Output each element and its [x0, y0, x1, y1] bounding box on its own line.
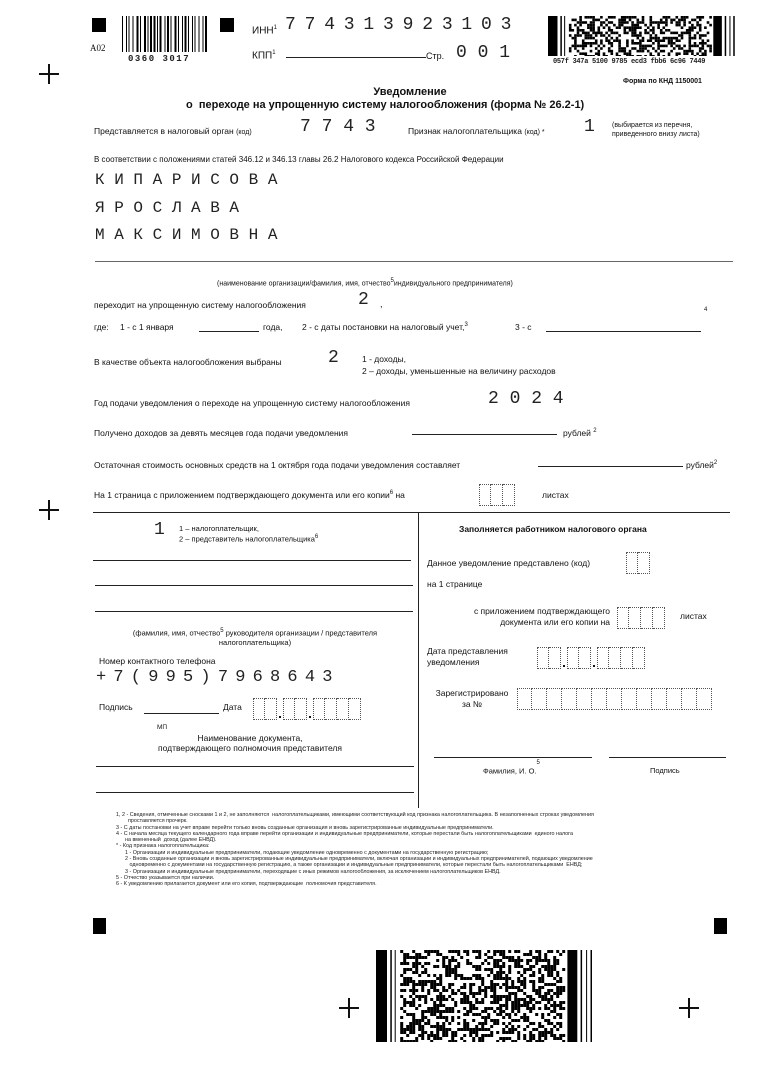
transition-label: переходит на упрощенную систему налогооб…	[94, 300, 306, 310]
taxpayer-sign-label: Признак налогоплательщика (код) *	[408, 126, 545, 136]
transition-sup-4: 4	[704, 307, 707, 313]
year-label: Год подачи уведомления о переходе на упр…	[94, 398, 410, 408]
transition-date-field[interactable]	[546, 331, 701, 332]
registration-cross-bottom-left	[339, 998, 359, 1018]
registration-cross-top-left	[39, 64, 59, 84]
anchor-square-top-mid	[220, 18, 234, 32]
barcode-number: 0360 3017	[128, 54, 190, 64]
tax-object-option-1: 1 - доходы,	[362, 354, 406, 364]
transition-option-2: 2 - с даты постановки на налоговый учет,…	[302, 322, 468, 332]
registration-cross-mid-left	[39, 500, 59, 520]
tax-office-pages-label: на 1 странице	[427, 579, 482, 589]
residual-field[interactable]	[538, 466, 683, 467]
phone-label: Номер контактного телефона	[99, 656, 216, 666]
transition-where-label: где:	[94, 322, 109, 332]
tax-object-value[interactable]: 2	[328, 348, 339, 368]
page-label: Стр.	[426, 51, 444, 61]
column-divider	[418, 512, 419, 808]
inn-label: ИНН1	[252, 25, 277, 36]
attachments-sheets-cells[interactable]	[479, 484, 515, 506]
year-value[interactable]: 2 0 2 4	[488, 389, 564, 409]
transition-comma: ,	[380, 299, 383, 309]
transition-option-1-tail: года,	[263, 322, 283, 332]
taxpayer-sign-value[interactable]: 1	[584, 117, 595, 137]
income-unit: рублей 2	[563, 428, 597, 438]
page-value: 0 0 1	[456, 43, 510, 63]
signer-date-cells[interactable]	[253, 698, 361, 720]
transition-option-1: 1 - с 1 января	[120, 322, 174, 332]
tax-office-registration-cells[interactable]	[517, 688, 712, 710]
barcode-hex-text: 057f 347a 5100 9785 ecd3 fbb6 6c96 7449	[553, 58, 705, 66]
income-field[interactable]	[412, 434, 557, 435]
taxpayer-first-name[interactable]: Я Р О С Л А В А	[95, 199, 239, 217]
stamp-label: МП	[157, 724, 167, 731]
inn-value[interactable]: 7 7 4 3 1 3 9 2 3 1 0 3	[285, 15, 510, 35]
tax-object-label: В качестве объекта налогообложения выбра…	[94, 357, 282, 367]
linear-barcode	[120, 16, 210, 52]
date-label: Дата	[223, 702, 242, 712]
name-caption: (наименование организации/фамилия, имя, …	[217, 278, 513, 287]
title-line-2: о переходе на упрощенную систему налогоо…	[186, 99, 584, 111]
anchor-square-bottom-left	[93, 918, 106, 934]
tax-authority-label: Представляется в налоговый орган (код)	[94, 126, 252, 136]
tax-office-attach-unit: листах	[680, 611, 707, 621]
tax-office-registered-label: Зарегистрировано за №	[427, 688, 517, 710]
signer-fio-line-2[interactable]	[95, 585, 413, 586]
signature-label: Подпись	[99, 702, 133, 712]
kpp-field[interactable]	[286, 57, 426, 58]
tax-office-fio-line[interactable]	[434, 757, 592, 758]
title-line-1: Уведомление	[0, 86, 768, 98]
bottom-2d-barcode	[376, 950, 596, 1042]
tax-office-heading: Заполняется работником налогового органа	[459, 524, 647, 534]
transition-value[interactable]: 2	[358, 290, 369, 310]
signer-fio-caption: (фамилия, имя, отчество5 руководителя ор…	[100, 627, 410, 647]
tax-office-submitted-label: Данное уведомление представлено (код)	[427, 558, 590, 568]
transition-option-3: 3 - с	[515, 322, 532, 332]
taxpayer-sign-note: (выбирается из перечня, приведенного вни…	[612, 121, 700, 139]
signer-fio-line-3[interactable]	[95, 611, 413, 612]
signature-field[interactable]	[144, 713, 219, 714]
footnote-line: 6 - К уведомлению прилагается документ и…	[116, 881, 726, 887]
tax-office-date-label: Дата представления уведомления	[427, 646, 508, 668]
signer-options: 1 – налогоплательщик, 2 – представитель …	[179, 524, 318, 544]
footnotes: 1, 2 - Сведения, отмеченные сносками 1 и…	[116, 812, 726, 888]
tax-office-signature-line[interactable]	[609, 757, 726, 758]
tax-office-attach-label: с приложением подтверждающего документа …	[420, 606, 610, 628]
tax-office-signature-label: Подпись	[650, 766, 680, 775]
tax-object-option-2: 2 – доходы, уменьшенные на величину расх…	[362, 366, 556, 376]
representative-doc-caption: Наименование документа, подтверждающего …	[130, 733, 370, 753]
tax-office-date-cells[interactable]	[537, 647, 645, 669]
kpp-label: КПП1	[252, 50, 276, 61]
taxpayer-surname[interactable]: К И П А Р И С О В А	[95, 171, 277, 189]
transition-year-field[interactable]	[199, 331, 259, 332]
residual-label: Остаточная стоимость основных средств на…	[94, 460, 460, 470]
tax-office-submitted-cells[interactable]	[626, 552, 650, 574]
residual-unit: рублей2	[686, 460, 717, 470]
income-label: Получено доходов за девять месяцев года …	[94, 428, 348, 438]
knd-form-label: Форма по КНД 1150001	[623, 78, 702, 85]
tax-authority-value[interactable]: 7 7 4 3	[300, 117, 376, 137]
legal-basis: В соответствии с положениями статей 346.…	[94, 155, 504, 164]
section-divider	[93, 512, 730, 513]
attachments-label: На 1 страница с приложением подтверждающ…	[94, 490, 405, 500]
tax-office-attach-cells[interactable]	[617, 607, 665, 629]
signer-value[interactable]: 1	[154, 520, 165, 540]
form-code-label: A02	[90, 43, 106, 53]
phone-value[interactable]: + 7 ( 9 9 5 ) 7 9 6 8 6 4 3	[96, 668, 331, 687]
signer-fio-line-1[interactable]	[93, 560, 411, 561]
taxpayer-patronymic[interactable]: М А К С И М О В Н А	[95, 226, 277, 244]
representative-doc-field[interactable]	[96, 766, 414, 767]
attachments-unit: листах	[542, 490, 569, 500]
tax-office-fio-label: Фамилия, И. О.5	[483, 766, 540, 776]
anchor-square-top-left	[92, 18, 106, 32]
representative-doc-field-2[interactable]	[96, 792, 414, 793]
2d-barcode	[548, 16, 738, 56]
registration-cross-bottom-right	[679, 998, 699, 1018]
anchor-square-bottom-right	[714, 918, 727, 934]
name-underline	[95, 261, 733, 262]
